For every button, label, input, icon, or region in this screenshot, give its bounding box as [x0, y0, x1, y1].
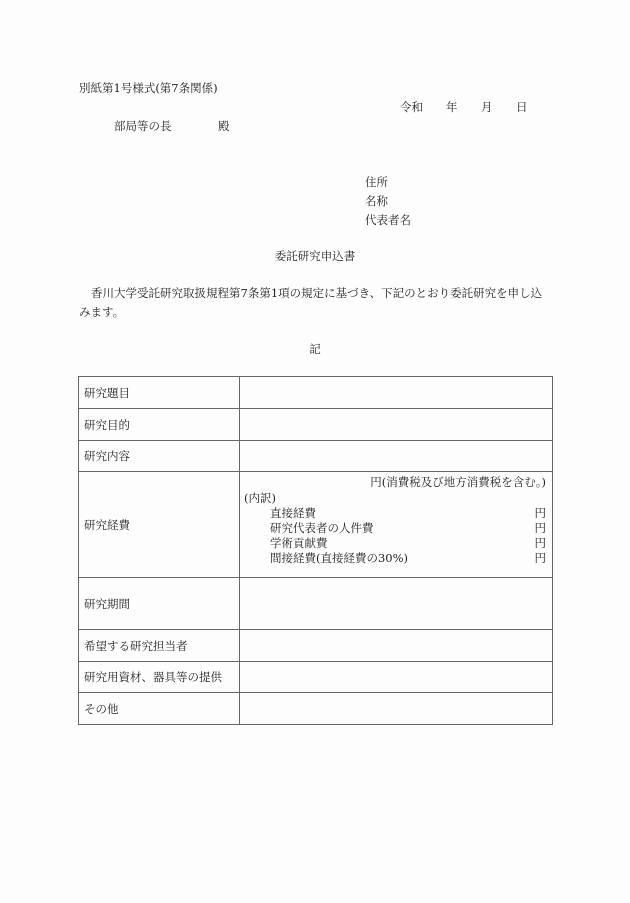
row-label-research-period: 研究期間: [79, 578, 240, 630]
form-number: 別紙第1号様式(第7条関係): [79, 80, 218, 96]
date-month: 月: [481, 99, 493, 115]
cost-item-personnel: 研究代表者の人件費 円: [270, 520, 552, 536]
table-row: 研究用資材、器具等の提供: [79, 662, 553, 693]
table-row: その他: [79, 693, 553, 725]
research-content-field[interactable]: [240, 441, 553, 472]
body-text-line1: 香川大学受託研究取扱規程第7条第1項の規定に基づき、下記のとおり委託研究を申し込: [91, 285, 542, 301]
research-purpose-field[interactable]: [240, 409, 553, 441]
date-era: 令和: [400, 99, 423, 115]
table-row: 研究題目: [79, 377, 553, 409]
row-label-other: その他: [79, 693, 240, 725]
date-day: 日: [516, 99, 528, 115]
row-label-materials: 研究用資材、器具等の提供: [79, 662, 240, 693]
row-label-research-title: 研究題目: [79, 377, 240, 409]
representative-label: 代表者名: [365, 212, 411, 228]
cost-item-academic: 学術貢献費 円: [270, 535, 552, 551]
date-year: 年: [446, 99, 458, 115]
table-row: 研究期間: [79, 578, 553, 630]
researcher-field[interactable]: [240, 630, 553, 662]
row-label-researcher: 希望する研究担当者: [79, 630, 240, 662]
table-row: 研究内容: [79, 441, 553, 472]
body-text-line2: みます。: [79, 304, 124, 320]
cost-item-direct: 直接経費 円: [270, 505, 552, 521]
materials-field[interactable]: [240, 662, 553, 693]
research-period-field[interactable]: [240, 578, 553, 630]
other-field[interactable]: [240, 693, 553, 725]
research-cost-field[interactable]: 円(消費税及び地方消費税を含む。) (内訳) 直接経費 円 研究代表者の人件費 …: [240, 472, 553, 578]
addressee: 部局等の長: [114, 118, 172, 134]
table-row: 研究経費 円(消費税及び地方消費税を含む。) (内訳) 直接経費 円 研究代表者…: [79, 472, 553, 578]
table-row: 研究目的: [79, 409, 553, 441]
research-title-field[interactable]: [240, 377, 553, 409]
table-row: 希望する研究担当者: [79, 630, 553, 662]
ki-heading: 記: [0, 341, 630, 357]
application-table: 研究題目 研究目的 研究内容 研究経費 円(消費税及び地方消費税を含む。) (内…: [78, 376, 553, 725]
name-label: 名称: [365, 193, 388, 209]
honorific: 殿: [218, 118, 230, 134]
address-label: 住所: [365, 174, 388, 190]
row-label-research-purpose: 研究目的: [79, 409, 240, 441]
cost-breakdown-label: (内訳): [244, 490, 276, 506]
cost-total-note: 円(消費税及び地方消費税を含む。): [370, 474, 546, 490]
cost-item-indirect: 間接経費(直接経費の30%) 円: [270, 550, 552, 566]
document-title: 委託研究申込書: [0, 248, 630, 264]
row-label-research-content: 研究内容: [79, 441, 240, 472]
row-label-research-cost: 研究経費: [79, 472, 240, 578]
